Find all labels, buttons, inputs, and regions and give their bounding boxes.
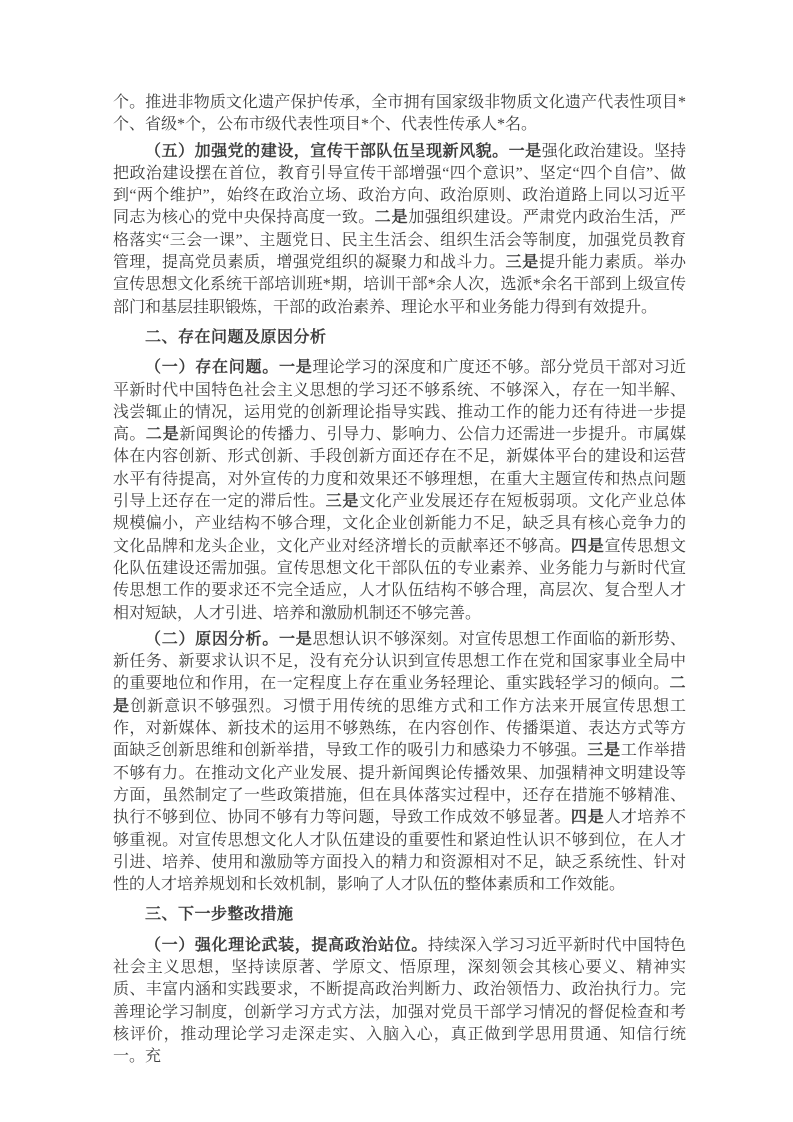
bold-text-run: （五）加强党的建设，宣传干部队伍呈现新风貌。 <box>145 143 509 160</box>
bold-text-run: 三是 <box>326 493 360 510</box>
paragraph: （一）强化理论武装，提高政治站位。持续深入学习习近平新时代中国特色社会主义思想，… <box>113 935 686 1069</box>
bold-text-run: （二）原因分析。 <box>145 631 279 648</box>
paragraph: （二）原因分析。一是思想认识不够深刻。对宣传思想工作面临的新形势、新任务、新要求… <box>113 629 686 897</box>
section-heading: 二、存在问题及原因分析 <box>113 327 686 349</box>
paragraph: （一）存在问题。一是理论学习的深度和广度还不够。部分党员干部对习近平新时代中国特… <box>113 357 686 625</box>
bold-text-run: 一是 <box>279 631 313 648</box>
bold-text-run: 四是 <box>571 809 605 826</box>
bold-text-run: 三是 <box>505 254 539 271</box>
bold-text-run: 二是 <box>146 426 180 443</box>
paragraph: 个。推进非物质文化遗产保护传承，全市拥有国家级非物质文化遗产代表性项目*个、省级… <box>113 92 686 137</box>
text-run: 个。推进非物质文化遗产保护传承，全市拥有国家级非物质文化遗产代表性项目*个、省级… <box>113 94 686 133</box>
document-body: 个。推进非物质文化遗产保护传承，全市拥有国家级非物质文化遗产代表性项目*个、省级… <box>113 92 686 1068</box>
bold-text-run: 一是 <box>509 143 542 160</box>
bold-text-run: 三是 <box>587 742 621 759</box>
bold-text-run: 一是 <box>279 359 313 376</box>
document-page: 个。推进非物质文化遗产保护传承，全市拥有国家级非物质文化遗产代表性项目*个、省级… <box>0 0 793 1122</box>
bold-text-run: 二、存在问题及原因分析 <box>145 329 327 346</box>
bold-text-run: （一）强化理论武装，提高政治站位。 <box>145 937 428 954</box>
paragraph: （五）加强党的建设，宣传干部队伍呈现新风貌。一是强化政治建设。坚持把政治建设摆在… <box>113 141 686 319</box>
bold-text-run: 四是 <box>571 538 605 555</box>
text-run: 持续深入学习习近平新时代中国特色社会主义思想，坚持读原著、学原文、悟原理，深刻领… <box>113 937 686 1065</box>
bold-text-run: （一）存在问题。 <box>145 359 279 376</box>
bold-text-run: 三、下一步整改措施 <box>145 906 294 923</box>
section-heading: 三、下一步整改措施 <box>113 904 686 926</box>
bold-text-run: 二是 <box>375 209 409 226</box>
